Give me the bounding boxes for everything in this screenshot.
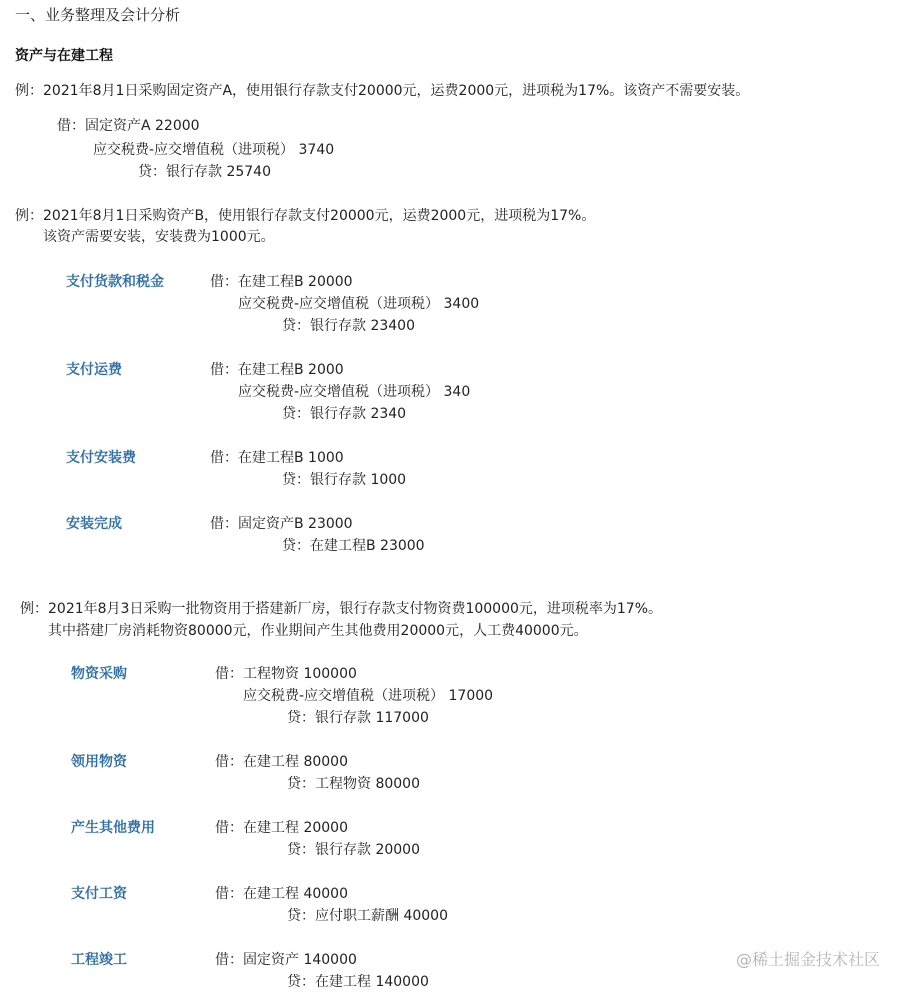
step-label: 安装完成 <box>66 514 122 534</box>
step-label: 支付货款和税金 <box>66 272 164 292</box>
step-credit: 贷：应付职工薪酬 40000 <box>287 906 448 926</box>
step-label: 工程竣工 <box>71 950 127 970</box>
step-label: 支付工资 <box>71 884 127 904</box>
example1-debit2: 应交税费-应交增值税（进项税） 3740 <box>93 140 334 160</box>
step-credit: 贷：银行存款 2340 <box>282 404 406 424</box>
step-credit: 贷：在建工程B 23000 <box>282 536 425 556</box>
example2-description-line1: 例：2021年8月1日采购资产B，使用银行存款支付20000元，运费2000元，… <box>15 206 595 226</box>
step-debit1: 借：在建工程B 2000 <box>210 360 344 380</box>
step-debit1: 借：在建工程 80000 <box>215 752 348 772</box>
subsection-title: 资产与在建工程 <box>15 46 113 66</box>
step-label: 支付运费 <box>66 360 122 380</box>
step-debit1: 借：固定资产B 23000 <box>210 514 353 534</box>
step-debit1: 借：固定资产 140000 <box>215 950 357 970</box>
step-debit2: 应交税费-应交增值税（进项税） 340 <box>238 382 470 402</box>
example3-description-line1: 例：2021年8月3日采购一批物资用于搭建新厂房，银行存款支付物资费100000… <box>20 599 662 619</box>
step-debit1: 借：工程物资 100000 <box>215 664 357 684</box>
step-credit: 贷：在建工程 140000 <box>287 972 429 992</box>
section-title: 一、业务整理及会计分析 <box>15 5 180 25</box>
step-credit: 贷：银行存款 20000 <box>287 840 420 860</box>
example2-description-line2: 该资产需要安装，安装费为1000元。 <box>43 227 275 247</box>
step-credit: 贷：银行存款 1000 <box>282 470 406 490</box>
watermark: @稀土掘金技术社区 <box>736 950 880 970</box>
step-label: 支付安装费 <box>66 448 136 468</box>
step-debit2: 应交税费-应交增值税（进项税） 3400 <box>238 294 479 314</box>
step-debit1: 借：在建工程B 20000 <box>210 272 353 292</box>
step-credit: 贷：银行存款 117000 <box>287 708 429 728</box>
step-label: 产生其他费用 <box>71 818 155 838</box>
example3-description-line2: 其中搭建厂房消耗物资80000元，作业期间产生其他费用20000元，人工费400… <box>48 621 588 641</box>
example1-description: 例：2021年8月1日采购固定资产A，使用银行存款支付20000元，运费2000… <box>15 81 749 101</box>
step-debit1: 借：在建工程 20000 <box>215 818 348 838</box>
step-debit1: 借：在建工程 40000 <box>215 884 348 904</box>
step-credit: 贷：工程物资 80000 <box>287 774 420 794</box>
step-label: 物资采购 <box>71 664 127 684</box>
example1-credit: 贷：银行存款 25740 <box>138 162 271 182</box>
step-credit: 贷：银行存款 23400 <box>282 316 415 336</box>
step-label: 领用物资 <box>71 752 127 772</box>
step-debit1: 借：在建工程B 1000 <box>210 448 344 468</box>
step-debit2: 应交税费-应交增值税（进项税） 17000 <box>243 686 493 706</box>
example1-debit1: 借：固定资产A 22000 <box>57 116 200 136</box>
